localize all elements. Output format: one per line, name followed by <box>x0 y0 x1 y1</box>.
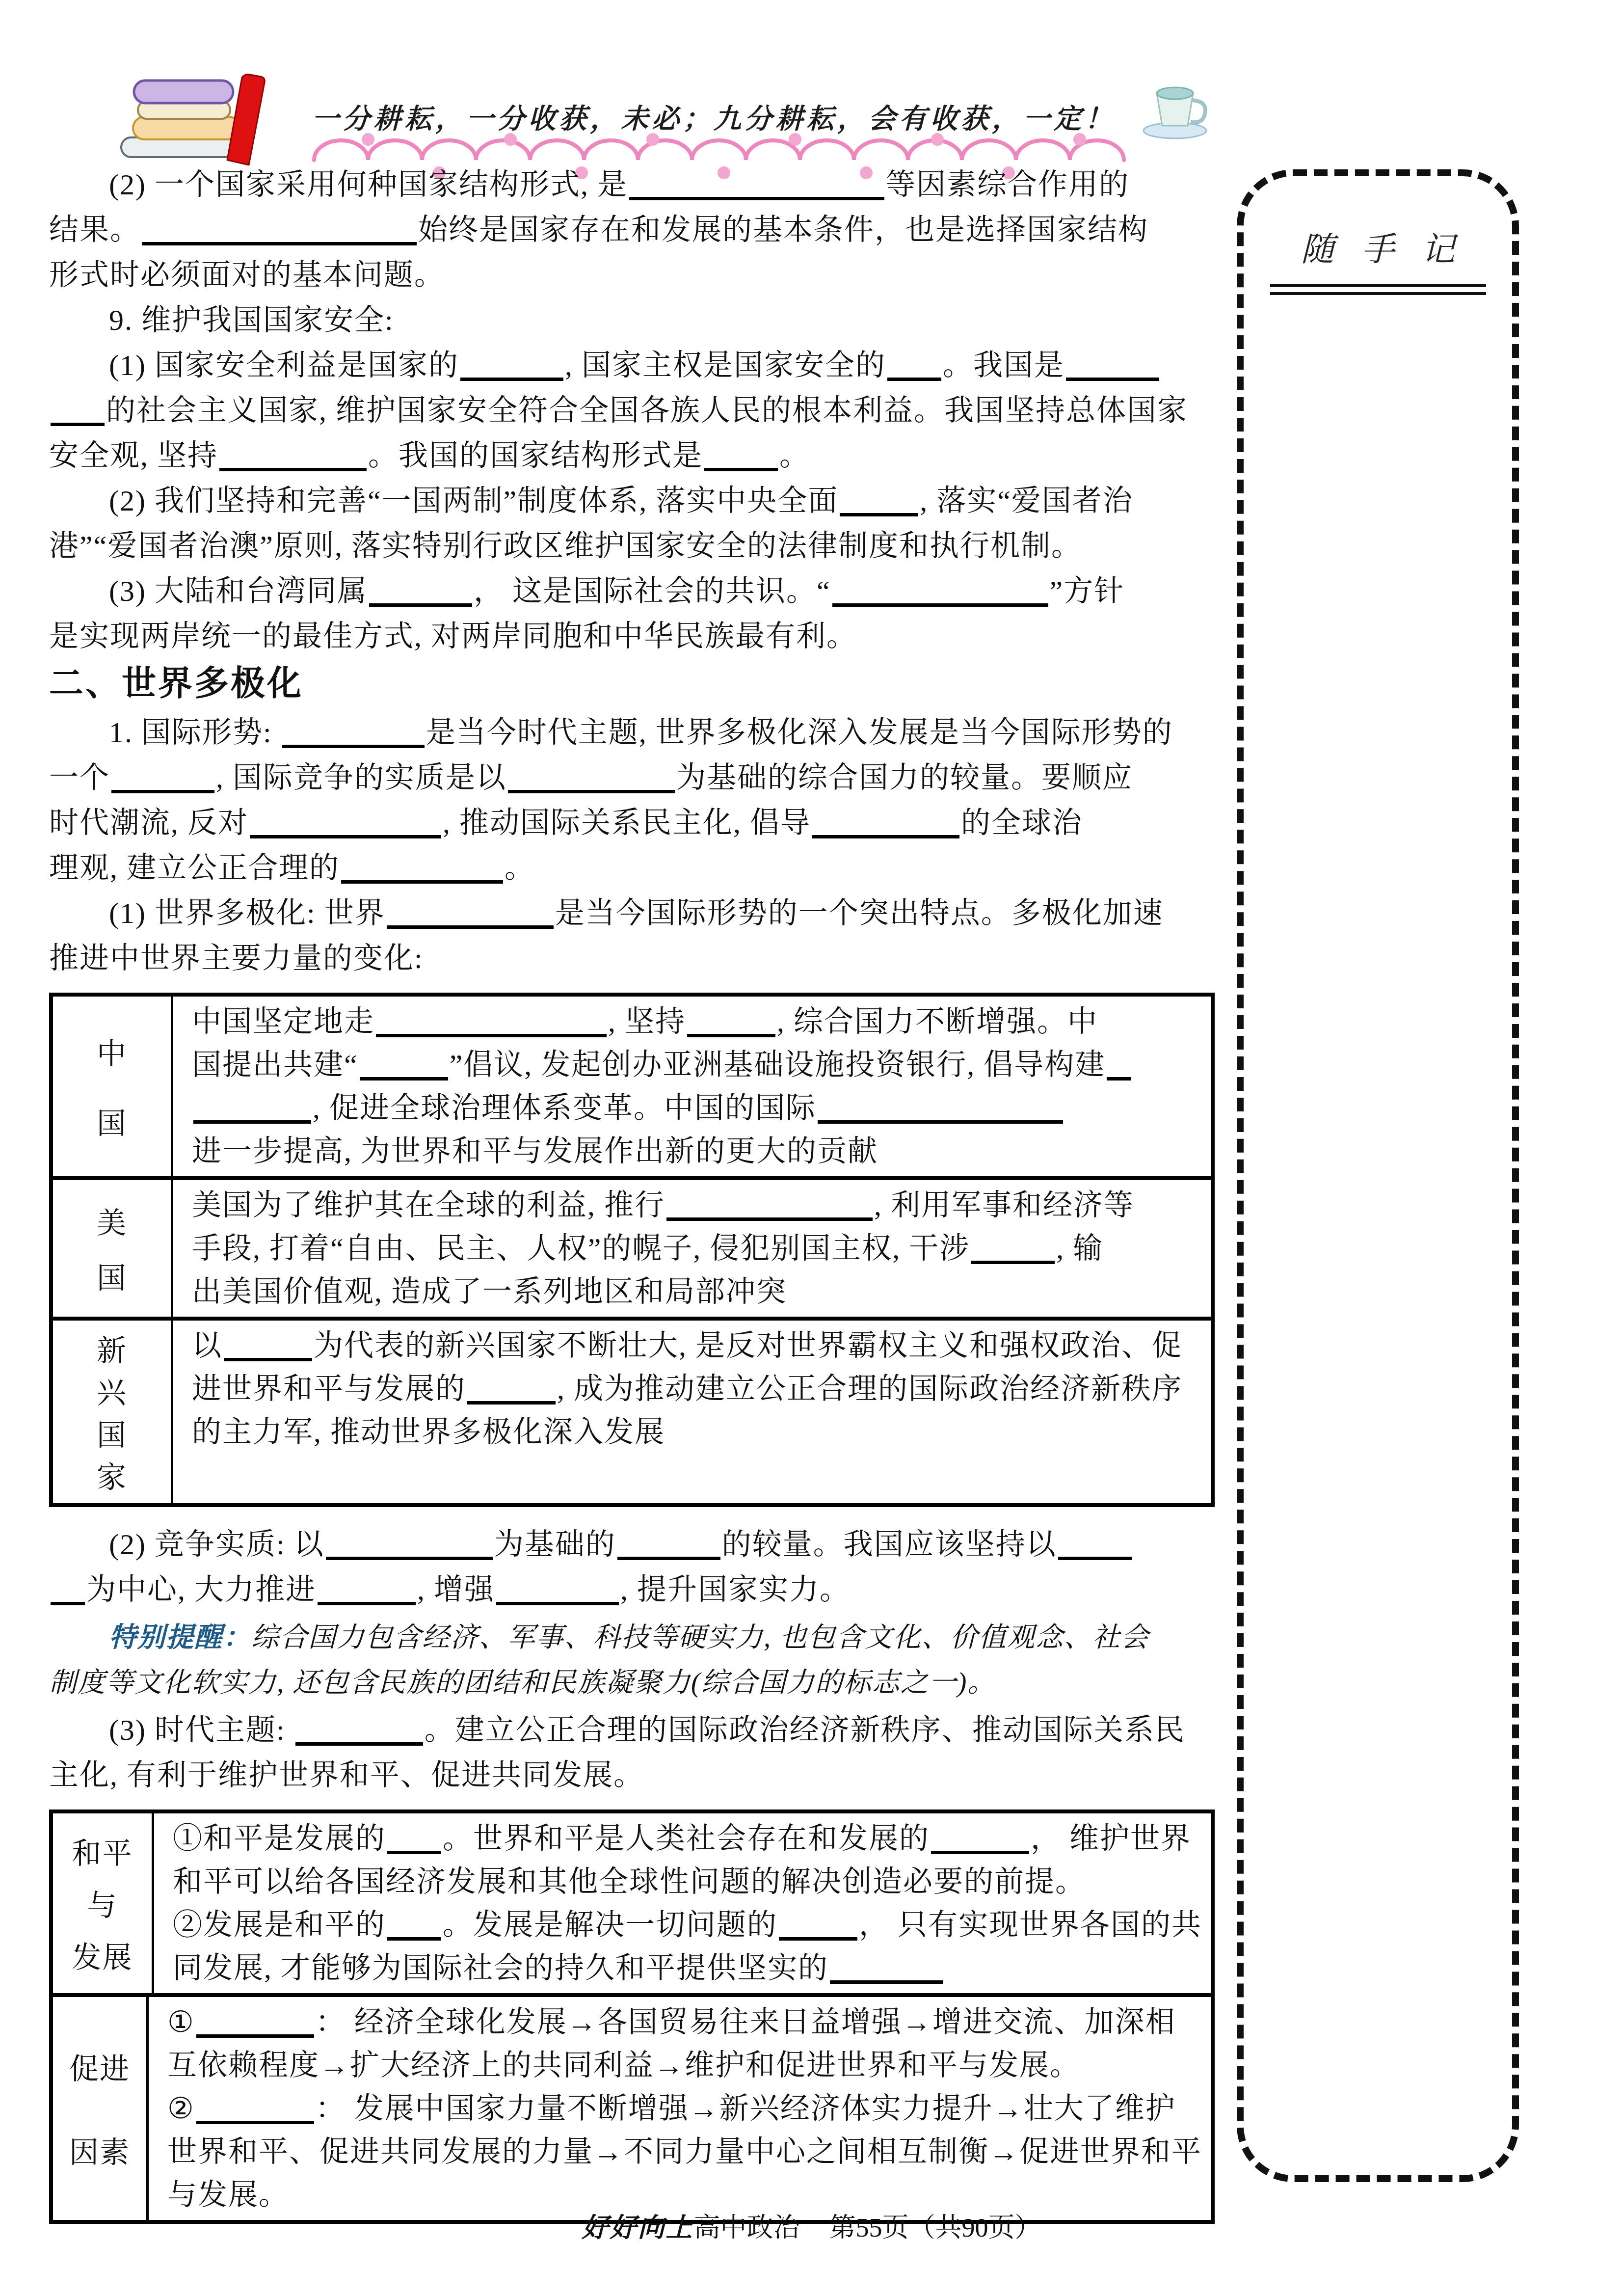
row-content-peace-development: ①和平是发展的。世界和平是人类社会存在和发展的， 维护世界和平可以给各国经济发展… <box>154 1813 1211 1993</box>
teacup-icon <box>1139 78 1215 141</box>
fill-in-blank <box>818 1100 1063 1124</box>
section-competition-essence: (2) 竞争实质: 以为基础的的较量。我国应该坚持以为中心, 大力推进, 增强,… <box>49 1522 1215 1612</box>
table-row-peace-development: 和平与发展 ①和平是发展的。世界和平是人类社会存在和发展的， 维护世界和平可以给… <box>53 1813 1211 1993</box>
special-reminder: 特别提醒：综合国力包含经济、军事、科技等硬实力, 也包含文化、价值观念、社会制度… <box>49 1615 1215 1705</box>
footer-page-number: 第55页 <box>829 2213 909 2242</box>
fill-in-blank <box>617 1536 720 1560</box>
table-row-usa: 美国 美国为了维护其在全球的利益, 推行, 利用军事和经济等手段, 打着“自由、… <box>53 1176 1211 1317</box>
fill-in-blank <box>496 1581 619 1605</box>
fill-in-blank <box>219 447 367 471</box>
row-label-peace-development: 和平与发展 <box>53 1813 154 1993</box>
fill-in-blank <box>460 357 563 381</box>
books-icon <box>115 74 267 169</box>
fill-in-blank <box>111 769 214 793</box>
fill-in-blank <box>326 1536 493 1560</box>
fill-in-blank <box>387 1917 441 1941</box>
fill-in-blank <box>666 1197 873 1221</box>
section-heading-multipolar: 二、世界多极化 <box>49 660 1215 709</box>
forces-table: 中国 中国坚定地走, 坚持, 综合国力不断增强。中国提出共建“”倡议, 发起创办… <box>49 993 1215 1507</box>
section-state-structure: (2) 一个国家采用何种国家结构形式, 是等因素综合作用的结果。始终是国家存在和… <box>49 162 1215 659</box>
fill-in-blank <box>840 492 918 516</box>
footer-subject: 高中政治 <box>694 2213 800 2242</box>
row-label-emerging-countries: 新兴国家 <box>53 1321 173 1503</box>
fill-in-blank <box>196 2014 314 2038</box>
fill-in-blank <box>250 814 441 838</box>
fill-in-blank <box>360 1056 448 1080</box>
section-international-situation: 1. 国际形势: 是当今时代主题, 世界多极化深入发展是当今国际形势的一个, 国… <box>49 710 1215 981</box>
row-content-china: 中国坚定地走, 坚持, 综合国力不断增强。中国提出共建“”倡议, 发起创办亚洲基… <box>173 997 1211 1176</box>
fill-in-blank <box>318 1581 416 1605</box>
sidebar-double-rule <box>1270 284 1486 295</box>
fill-in-blank <box>508 769 675 793</box>
fill-in-blank <box>830 1960 943 1984</box>
workbook-page: 一分耕耘，一分收获，未必；九分耕耘，会有收获，一定！ 随手记 (2) 一个国家采… <box>0 0 1623 2296</box>
fill-in-blank <box>1066 357 1159 381</box>
main-content: (2) 一个国家采用何种国家结构形式, 是等因素综合作用的结果。始终是国家存在和… <box>49 162 1215 2239</box>
page-footer: 好好向上高中政治第55页（共90页） <box>0 2207 1623 2244</box>
fill-in-blank <box>51 402 105 426</box>
fill-in-blank <box>282 724 425 748</box>
peace-development-table: 和平与发展 ①和平是发展的。世界和平是人类社会存在和发展的， 维护世界和平可以给… <box>49 1810 1215 2224</box>
row-label-promoting-factors: 促进因素 <box>53 1997 149 2220</box>
fill-in-blank <box>369 583 472 607</box>
fill-in-blank <box>295 1722 423 1746</box>
table-row-promoting-factors: 促进因素 ①： 经济全球化发展→各国贸易往来日益增强→增进交流、加深相互依赖程度… <box>53 1993 1211 2220</box>
table-row-china: 中国 中国坚定地走, 坚持, 综合国力不断增强。中国提出共建“”倡议, 发起创办… <box>53 997 1211 1176</box>
fill-in-blank <box>224 1337 312 1361</box>
row-label-china: 中国 <box>53 997 173 1176</box>
fill-in-blank <box>193 1100 311 1124</box>
row-content-usa: 美国为了维护其在全球的利益, 推行, 利用军事和经济等手段, 打着“自由、民主、… <box>173 1180 1211 1317</box>
header-motto: 一分耕耘，一分收获，未必；九分耕耘，会有收获，一定！ <box>312 97 1146 136</box>
footer-brand: 好好向上 <box>582 2213 694 2242</box>
fill-in-blank <box>832 583 1048 607</box>
fill-in-blank <box>467 1380 556 1405</box>
fill-in-blank <box>629 176 884 200</box>
fill-in-blank <box>1058 1536 1132 1560</box>
fill-in-blank <box>931 1830 1029 1854</box>
fill-in-blank <box>51 1581 85 1605</box>
fill-in-blank <box>1107 1056 1131 1080</box>
fill-in-blank <box>779 1917 857 1941</box>
row-content-promoting-factors: ①： 经济全球化发展→各国贸易往来日益增强→增进交流、加深相互依赖程度→扩大经济… <box>149 1997 1211 2220</box>
sidebar-title: 随手记 <box>1244 223 1512 270</box>
row-label-usa: 美国 <box>53 1180 173 1317</box>
sidebar-notes-box: 随手记 <box>1237 169 1519 2182</box>
footer-page-total: （共90页） <box>909 2213 1041 2242</box>
section-era-theme: (3) 时代主题: 。建立公正合理的国际政治经济新秩序、推动国际关系民主化, 有… <box>49 1707 1215 1798</box>
row-content-emerging-countries: 以为代表的新兴国家不断壮大, 是反对世界霸权主义和强权政治、促进世界和平与发展的… <box>173 1321 1211 1503</box>
fill-in-blank <box>704 447 778 471</box>
fill-in-blank <box>196 2100 314 2124</box>
fill-in-blank <box>812 814 959 838</box>
fill-in-blank <box>387 1830 441 1854</box>
fill-in-blank <box>887 357 941 381</box>
fill-in-blank <box>387 905 554 929</box>
fill-in-blank <box>376 1013 607 1037</box>
fill-in-blank <box>971 1240 1055 1264</box>
table-row-emerging-countries: 新兴国家 以为代表的新兴国家不断壮大, 是反对世界霸权主义和强权政治、促进世界和… <box>53 1317 1211 1503</box>
fill-in-blank <box>687 1013 775 1037</box>
fill-in-blank <box>341 860 503 884</box>
fill-in-blank <box>142 221 417 245</box>
